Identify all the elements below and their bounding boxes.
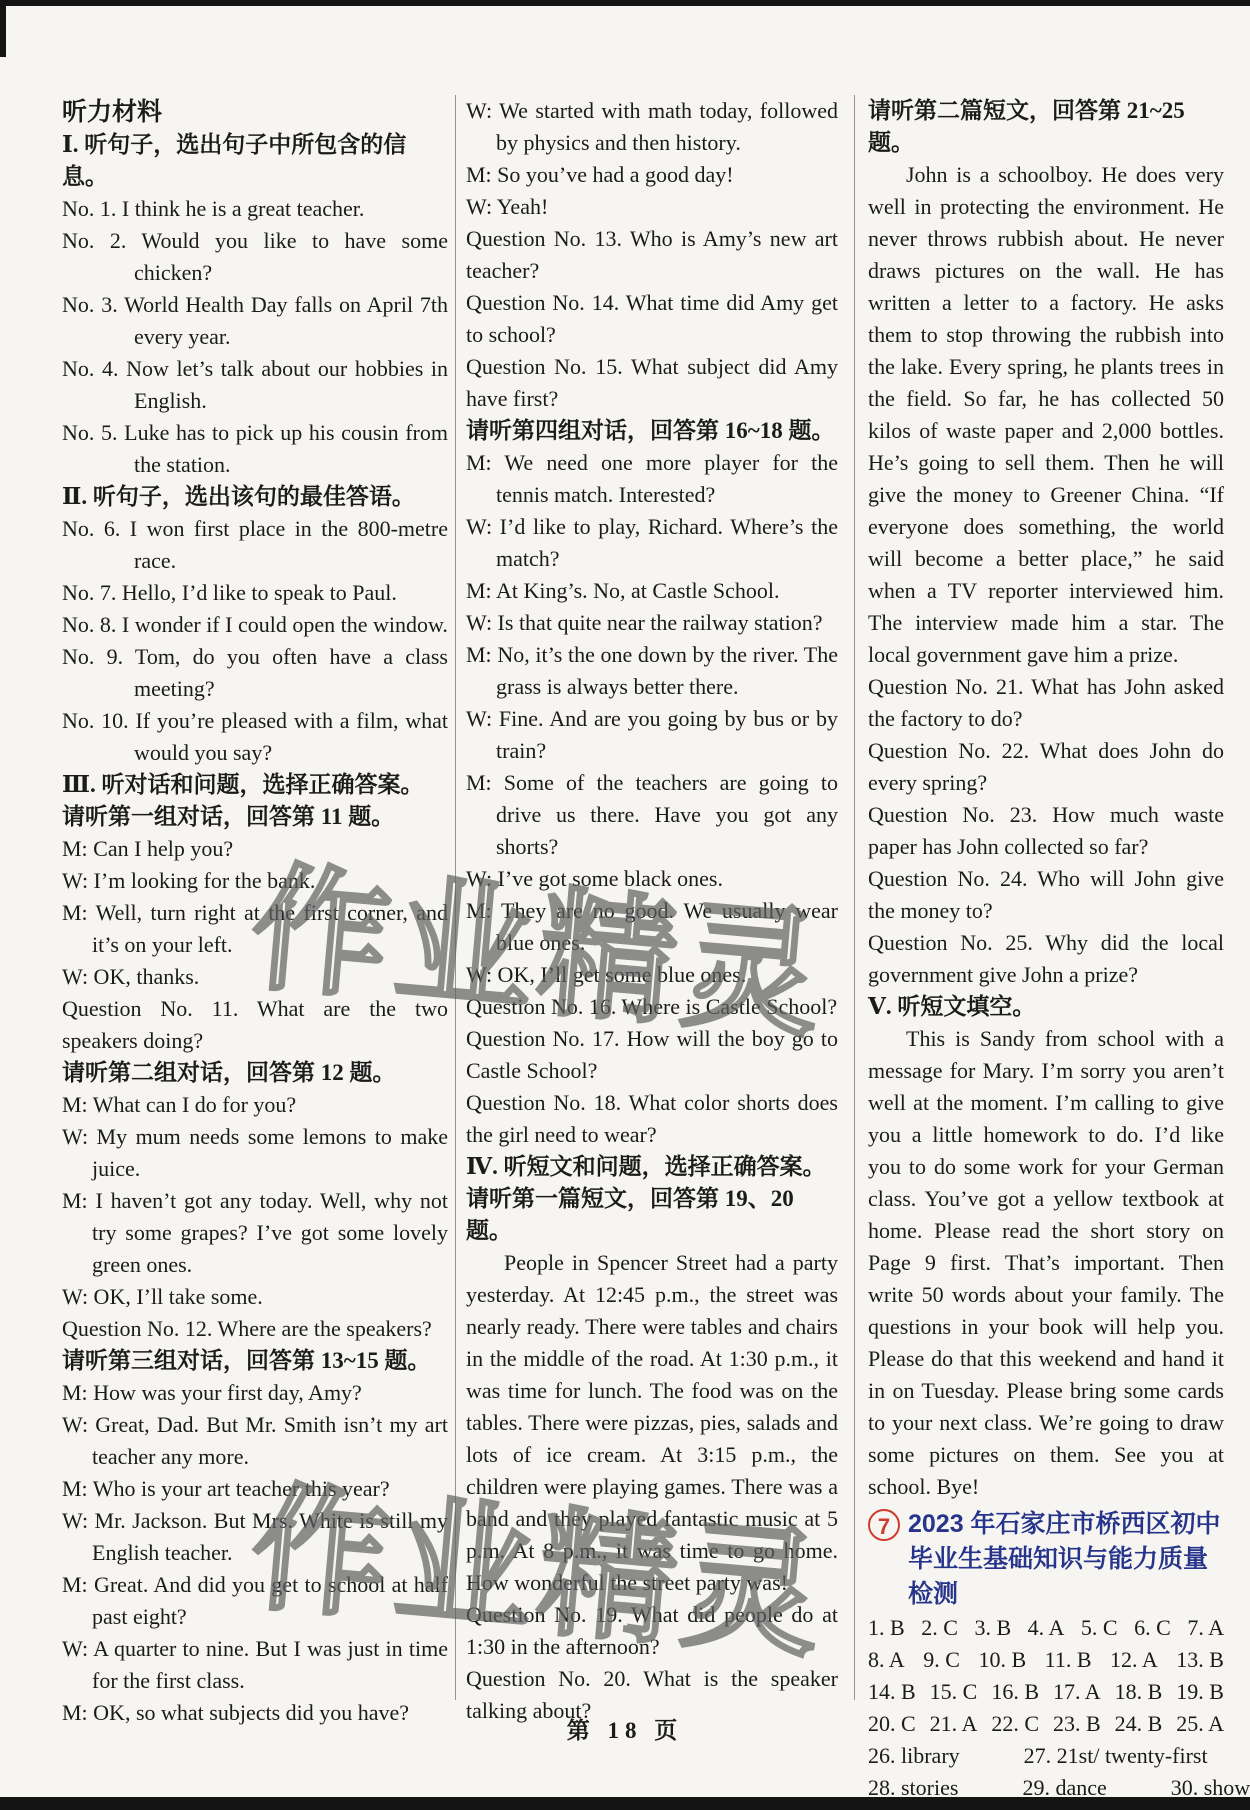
exam-section-heading: 72023 年石家庄市桥西区初中毕业生基础知识与能力质量检测 (868, 1507, 1224, 1612)
section-line-zh: 请听第一篇短文，回答第 19、20 题。 (466, 1183, 838, 1247)
answer-item: 11. B (1045, 1644, 1092, 1676)
answer-key-page: 听力材料Ⅰ. 听句子，选出句子中所包含的信息。No. 1. I think he… (0, 0, 1250, 1810)
dialog-line: W: Mr. Jackson. But Mrs. White is still … (62, 1505, 448, 1569)
numbered-sentence: No. 3. World Health Day falls on April 7… (62, 289, 448, 353)
answer-item: 10. B (978, 1644, 1026, 1676)
dialog-line: W: I’m looking for the bank. (62, 865, 448, 897)
numbered-sentence: No. 6. I won first place in the 800-metr… (62, 513, 448, 577)
question-line: Question No. 12. Where are the speakers? (62, 1313, 448, 1345)
section-line-zh: Ⅱ. 听句子，选出该句的最佳答语。 (62, 481, 448, 513)
dialog-line: W: A quarter to nine. But I was just in … (62, 1633, 448, 1697)
answer-item: 12. A (1110, 1644, 1158, 1676)
dialog-line: M: They are no good. We usually wear blu… (466, 895, 838, 959)
column-1: 听力材料Ⅰ. 听句子，选出句子中所包含的信息。No. 1. I think he… (62, 95, 448, 1729)
question-line: Question No. 13. Who is Amy’s new art te… (466, 223, 838, 287)
answer-item: 16. B (991, 1676, 1039, 1708)
question-line: Question No. 21. What has John asked the… (868, 671, 1224, 735)
section-line-zh: 请听第二组对话，回答第 12 题。 (62, 1057, 448, 1089)
dialog-line: W: Is that quite near the railway statio… (466, 607, 838, 639)
dialog-line: W: My mum needs some lemons to make juic… (62, 1121, 448, 1185)
dialog-line: M: So you’ve had a good day! (466, 159, 838, 191)
numbered-sentence: No. 1. I think he is a great teacher. (62, 193, 448, 225)
column-divider (854, 95, 855, 1700)
numbered-sentence: No. 4. Now let’s talk about our hobbies … (62, 353, 448, 417)
question-line: Question No. 25. Why did the local gover… (868, 927, 1224, 991)
section-line-zh: Ⅴ. 听短文填空。 (868, 991, 1224, 1023)
question-line: Question No. 23. How much waste paper ha… (868, 799, 1224, 863)
passage-paragraph: John is a schoolboy. He does very well i… (868, 159, 1224, 671)
dialog-line: M: Well, turn right at the first corner,… (62, 897, 448, 961)
answer-row: 14. B15. C16. B17. A18. B19. B (868, 1676, 1224, 1708)
page-number: 第 18 页 (0, 1712, 1250, 1745)
dialog-line: M: How was your first day, Amy? (62, 1377, 448, 1409)
section-line-zh: Ⅰ. 听句子，选出句子中所包含的信息。 (62, 129, 448, 193)
section-line-zh: 请听第一组对话，回答第 11 题。 (62, 801, 448, 833)
question-line: Question No. 14. What time did Amy get t… (466, 287, 838, 351)
dialog-line: W: OK, I’ll take some. (62, 1281, 448, 1313)
column-2: W: We started with math today, followed … (466, 95, 838, 1727)
dialog-line: M: Some of the teachers are going to dri… (466, 767, 838, 863)
scan-edge-top (0, 0, 1250, 6)
answer-item: 17. A (1053, 1676, 1101, 1708)
answer-item: 7. A (1187, 1612, 1224, 1644)
numbered-sentence: No. 10. If you’re pleased with a film, w… (62, 705, 448, 769)
answer-item: 18. B (1115, 1676, 1163, 1708)
question-line: Question No. 18. What color shorts does … (466, 1087, 838, 1151)
answer-item: 2. C (921, 1612, 958, 1644)
numbered-sentence: No. 5. Luke has to pick up his cousin fr… (62, 417, 448, 481)
answer-item: 3. B (974, 1612, 1011, 1644)
listening-materials-title: 听力材料 (62, 95, 448, 129)
column-3: 请听第二篇短文，回答第 21~25 题。John is a schoolboy.… (868, 95, 1224, 1804)
section-line-zh: 请听第二篇短文，回答第 21~25 题。 (868, 95, 1224, 159)
passage-paragraph: People in Spencer Street had a party yes… (466, 1247, 838, 1599)
dialog-line: M: Great. And did you get to school at h… (62, 1569, 448, 1633)
question-line: Question No. 11. What are the two speake… (62, 993, 448, 1057)
answer-item: 9. C (923, 1644, 960, 1676)
numbered-sentence: No. 7. Hello, I’d like to speak to Paul. (62, 577, 448, 609)
dialog-line: W: Yeah! (466, 191, 838, 223)
question-line: Question No. 24. Who will John give the … (868, 863, 1224, 927)
dialog-line: W: We started with math today, followed … (466, 95, 838, 159)
column-divider (455, 95, 456, 1700)
dialog-line: W: Fine. And are you going by bus or by … (466, 703, 838, 767)
scan-edge-bottom (0, 1797, 1250, 1810)
question-line: Question No. 17. How will the boy go to … (466, 1023, 838, 1087)
answer-row: 8. A9. C10. B11. B12. A13. B (868, 1644, 1224, 1676)
answer-row: 1. B2. C3. B4. A5. C6. C7. A (868, 1612, 1224, 1644)
dialog-line: M: What can I do for you? (62, 1089, 448, 1121)
section-line-zh: 请听第四组对话，回答第 16~18 题。 (466, 415, 838, 447)
dialog-line: W: OK, thanks. (62, 961, 448, 993)
section-line-zh: Ⅲ. 听对话和问题，选择正确答案。 (62, 769, 448, 801)
answer-item: 13. B (1176, 1644, 1224, 1676)
answer-item: 5. C (1081, 1612, 1118, 1644)
dialog-line: W: I’ve got some black ones. (466, 863, 838, 895)
numbered-sentence: No. 8. I wonder if I could open the wind… (62, 609, 448, 641)
dialog-line: M: Can I help you? (62, 833, 448, 865)
answer-item: 8. A (868, 1644, 905, 1676)
question-line: Question No. 15. What subject did Amy ha… (466, 351, 838, 415)
answer-item: 4. A (1028, 1612, 1065, 1644)
passage-paragraph: This is Sandy from school with a message… (868, 1023, 1224, 1503)
dialog-line: M: No, it’s the one down by the river. T… (466, 639, 838, 703)
answer-item: 1. B (868, 1612, 905, 1644)
scan-edge-mark (0, 5, 6, 57)
dialog-line: M: Who is your art teacher this year? (62, 1473, 448, 1505)
answer-item: 15. C (930, 1676, 978, 1708)
section-line-zh: Ⅳ. 听短文和问题，选择正确答案。 (466, 1151, 838, 1183)
exam-section-title: 2023 年石家庄市桥西区初中毕业生基础知识与能力质量检测 (908, 1507, 1224, 1612)
dialog-line: W: I’d like to play, Richard. Where’s th… (466, 511, 838, 575)
numbered-sentence: No. 9. Tom, do you often have a class me… (62, 641, 448, 705)
numbered-sentence: No. 2. Would you like to have some chick… (62, 225, 448, 289)
dialog-line: W: Great, Dad. But Mr. Smith isn’t my ar… (62, 1409, 448, 1473)
dialog-line: M: I haven’t got any today. Well, why no… (62, 1185, 448, 1281)
answer-item: 19. B (1176, 1676, 1224, 1708)
dialog-line: W: OK, I’ll get some blue ones. (466, 959, 838, 991)
answer-item: 6. C (1134, 1612, 1171, 1644)
section-number-badge: 7 (868, 1509, 900, 1541)
question-line: Question No. 22. What does John do every… (868, 735, 1224, 799)
question-line: Question No. 19. What did people do at 1… (466, 1599, 838, 1663)
section-line-zh: 请听第三组对话，回答第 13~15 题。 (62, 1345, 448, 1377)
dialog-line: M: At King’s. No, at Castle School. (466, 575, 838, 607)
question-line: Question No. 16. Where is Castle School? (466, 991, 838, 1023)
dialog-line: M: We need one more player for the tenni… (466, 447, 838, 511)
answer-item: 14. B (868, 1676, 916, 1708)
